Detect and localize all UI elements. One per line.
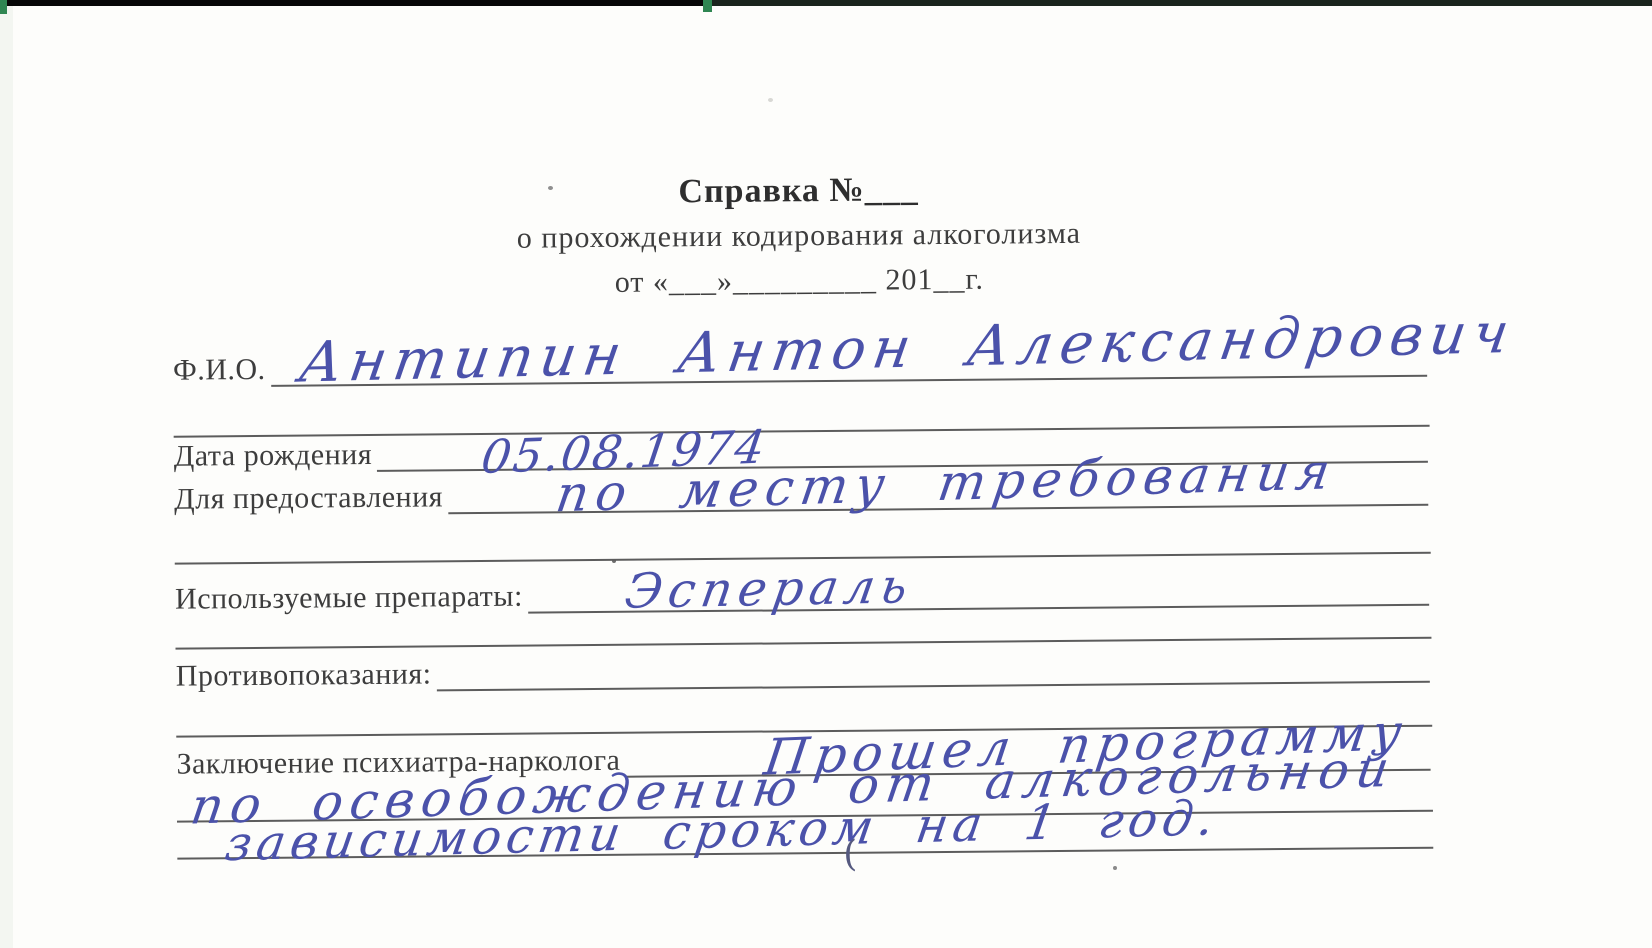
field-contraindications: Противопоказания: bbox=[176, 643, 1430, 694]
certificate-sheet: Справка №___ о прохождении кодирования а… bbox=[0, 0, 1652, 948]
field-birth-date-label: Дата рождения bbox=[174, 438, 373, 474]
field-contraindications-ruled-line bbox=[436, 641, 1430, 692]
handwriting-drugs: Эспераль bbox=[621, 558, 917, 620]
scan-top-green-mark bbox=[703, 0, 712, 12]
field-contraindications-label: Противопоказания: bbox=[176, 657, 432, 693]
certificate-date-line: от «___»_________ 201__г. bbox=[172, 259, 1426, 304]
certificate-subtitle: о прохождении кодирования алкоголизма bbox=[172, 214, 1426, 259]
scan-edge-dark-green bbox=[708, 0, 1652, 6]
certificate-title: Справка №___ bbox=[171, 167, 1425, 216]
field-fio-label: Ф.И.О. bbox=[173, 353, 266, 388]
stray-parenthesis-mark: ( bbox=[843, 834, 857, 875]
scan-corner-green-mark bbox=[0, 0, 7, 14]
field-drugs-label: Используемые препараты: bbox=[175, 580, 523, 617]
scan-edge-black bbox=[0, 0, 708, 6]
field-presented-to-label: Для предоставления bbox=[174, 480, 443, 516]
handwriting-fio: Антипин Антон Александрович bbox=[295, 301, 1520, 396]
scan-edge-strip bbox=[0, 0, 1652, 6]
